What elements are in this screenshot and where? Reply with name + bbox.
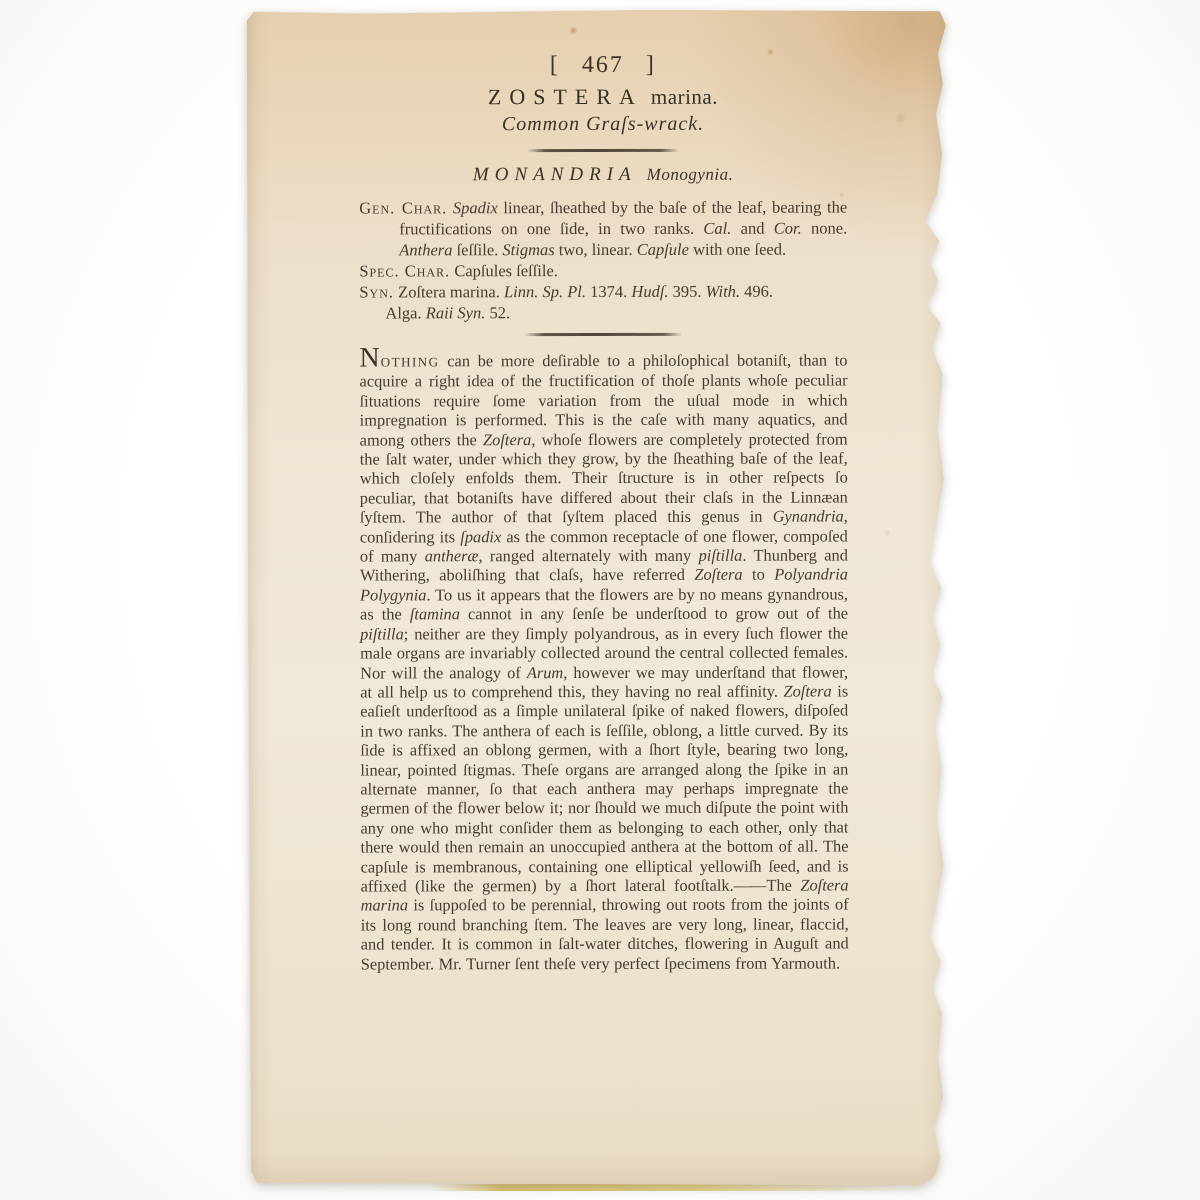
classification-heading: MONANDRIAMonogynia.	[359, 163, 847, 186]
text-segment: piſtilla	[699, 546, 743, 565]
text-segment: Zoſtera	[483, 430, 531, 449]
entry-spec-char: Spec. Char. Capſules ſeſſile.	[359, 259, 847, 281]
text-segment: to	[743, 565, 775, 584]
foxing-spot	[767, 49, 774, 56]
text-segment: Zoſtera marina.	[394, 282, 504, 301]
text-segment: Capſules ſeſſile.	[450, 261, 558, 280]
text-segment: ſeſſile.	[452, 240, 502, 259]
text-segment: N	[359, 342, 380, 373]
text-segment: Spec. Char.	[359, 261, 450, 280]
text-segment: ſpadix	[460, 527, 501, 546]
text-segment: 1374.	[586, 282, 631, 301]
text-segment: ſtamina	[410, 605, 460, 624]
text-segment: Alga.	[385, 303, 425, 322]
text-segment: Spadix	[453, 198, 498, 217]
text-segment: Arum	[527, 663, 563, 682]
foxing-spot	[884, 529, 891, 536]
text-segment: Raii Syn.	[426, 303, 486, 322]
text-segment: antheræ	[425, 546, 479, 565]
divider-rule	[524, 333, 682, 336]
text-segment: 52.	[485, 303, 510, 322]
text-segment: Anthera	[399, 240, 452, 259]
text-segment: Cor.	[774, 219, 802, 238]
text-segment: and	[731, 219, 773, 238]
common-name: Common Graſs-wrack.	[359, 112, 847, 136]
text-segment: Gynandria	[773, 507, 844, 526]
text-segment: With.	[706, 282, 740, 301]
text-segment: 496.	[740, 282, 773, 301]
classification-suborder: Monogynia.	[647, 165, 734, 184]
foxing-spot	[839, 192, 844, 197]
foxing-spot	[569, 26, 578, 35]
entry-syn: Syn. Zoſtera marina. Linn. Sp. Pl. 1374.…	[359, 280, 847, 302]
text-segment: none.	[802, 218, 848, 237]
title-species: marina.	[651, 85, 718, 109]
entry-gen-char: Gen. Char. Spadix linear, ſheathed by th…	[359, 196, 847, 260]
text-column: [ 467 ] ZOSTERAmarina. Common Graſs-wrac…	[359, 9, 849, 973]
text-segment: is eaſieſt underſtood as a ſimple unilat…	[360, 681, 848, 895]
text-segment: Gen. Char.	[359, 198, 447, 217]
photo-background: { "theme": { "background": "#ffffff", "p…	[0, 0, 1200, 1200]
text-segment: Syn.	[359, 282, 394, 301]
foxing-spot	[895, 112, 906, 123]
entry-alga: Alga. Raii Syn. 52.	[359, 301, 847, 323]
text-segment: is ſuppoſed to be perennial, throwing ou…	[361, 895, 849, 973]
divider-rule	[527, 149, 679, 152]
text-segment: cannot in any ſenſe be underſtood to gro…	[460, 604, 848, 624]
text-segment: two, linear.	[555, 240, 637, 259]
text-segment: Zoſtera	[694, 565, 742, 584]
title-genus: ZOSTERA	[488, 84, 643, 109]
description-entries: Gen. Char. Spadix linear, ſheathed by th…	[359, 196, 847, 323]
text-segment: Capſule	[637, 240, 689, 259]
text-segment: with one ſeed.	[689, 240, 786, 259]
foxing-spot	[445, 950, 451, 956]
page-title: ZOSTERAmarina.	[359, 83, 847, 110]
text-segment: 395.	[668, 282, 705, 301]
text-segment: OTHING	[381, 354, 440, 369]
classification-order: MONANDRIA	[473, 164, 637, 185]
text-segment: , ranged alternately with many	[478, 546, 698, 565]
text-segment: Hudſ.	[631, 282, 668, 301]
body-paragraph: NOTHING can be more deſirable to a philo…	[359, 350, 848, 973]
text-segment: Linn. Sp. Pl.	[504, 282, 586, 301]
text-segment: piſtilla	[360, 624, 404, 643]
text-segment: Stigmas	[502, 240, 554, 259]
page-number: [ 467 ]	[359, 9, 847, 79]
underlying-page-edge	[430, 1184, 910, 1191]
text-segment: Zoſtera	[783, 681, 831, 700]
book-page: [ 467 ] ZOSTERAmarina. Common Graſs-wrac…	[247, 9, 949, 1186]
text-segment: Cal.	[703, 219, 731, 238]
